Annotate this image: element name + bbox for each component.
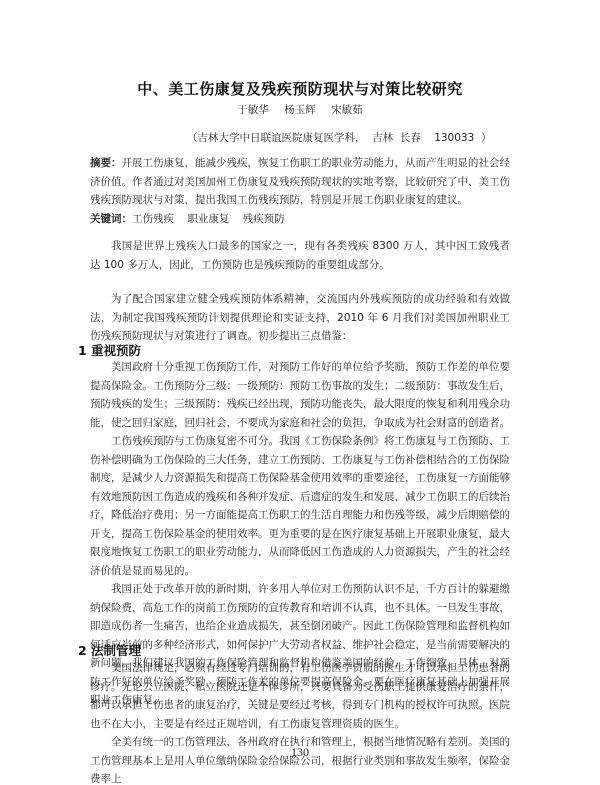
- abstract-text: 开展工伤康复，能减少残疾，恢复工伤职工的职业劳动能力，从而产生明显的社会经济价值…: [90, 157, 510, 206]
- authors: 于敏华 杨玉辉 宋敏茹: [0, 102, 600, 117]
- paragraph: 工伤残疾预防与工伤康复密不可分。我国《工伤保险条例》将工伤康复与工伤预防、工伤补…: [90, 432, 510, 580]
- paragraph: 美国法律规定，必须有经过专门培训的，有工伤医学资质的医生才可以承担工伤患者的诊疗…: [90, 659, 510, 733]
- intro-paragraph-1: 我国是世界上残疾人口最多的国家之一，现有各类残疾 8300 万人，其中因工致残者…: [90, 237, 510, 274]
- paragraph: 我国是世界上残疾人口最多的国家之一，现有各类残疾 8300 万人，其中因工致残者…: [90, 237, 510, 274]
- section-heading-1: 1 重视预防: [78, 341, 141, 359]
- paper-title: 中、美工伤康复及残疾预防现状与对策比较研究: [0, 78, 600, 99]
- paragraph: 为了配合国家建立健全残疾预防体系精神，交流国内外残疾预防的成功经验和有效做法，为…: [90, 290, 510, 346]
- intro-paragraph-2: 为了配合国家建立健全残疾预防体系精神，交流国内外残疾预防的成功经验和有效做法，为…: [90, 290, 510, 346]
- abstract-label: 摘要：: [90, 157, 122, 169]
- section-1-body: 美国政府十分重视工伤预防工作，对预防工作好的单位给予奖励，预防工作差的单位要提高…: [90, 358, 510, 710]
- keywords-text: 工伤残疾 职业康复 残疾预防: [132, 213, 285, 225]
- abstract: 摘要：开展工伤康复，能减少残疾，恢复工伤职工的职业劳动能力，从而产生明显的社会经…: [90, 154, 510, 210]
- section-2-body: 美国法律规定，必须有经过专门培训的，有工伤医学资质的医生才可以承担工伤患者的诊疗…: [90, 659, 510, 785]
- keywords-label: 关键词：: [90, 213, 132, 225]
- keywords: 关键词：工伤残疾 职业康复 残疾预防: [90, 210, 510, 229]
- paragraph: 美国政府十分重视工伤预防工作，对预防工作好的单位给予奖励，预防工作差的单位要提高…: [90, 358, 510, 432]
- section-heading-2: 2 法制管理: [78, 641, 141, 659]
- page-number: 130: [0, 745, 600, 760]
- affiliation: （吉林大学中日联谊医院康复医学科， 吉林 长春 130033 ）: [187, 130, 491, 145]
- document-page: 中、美工伤康复及残疾预防现状与对策比较研究 于敏华 杨玉辉 宋敏茹 （吉林大学中…: [0, 0, 600, 785]
